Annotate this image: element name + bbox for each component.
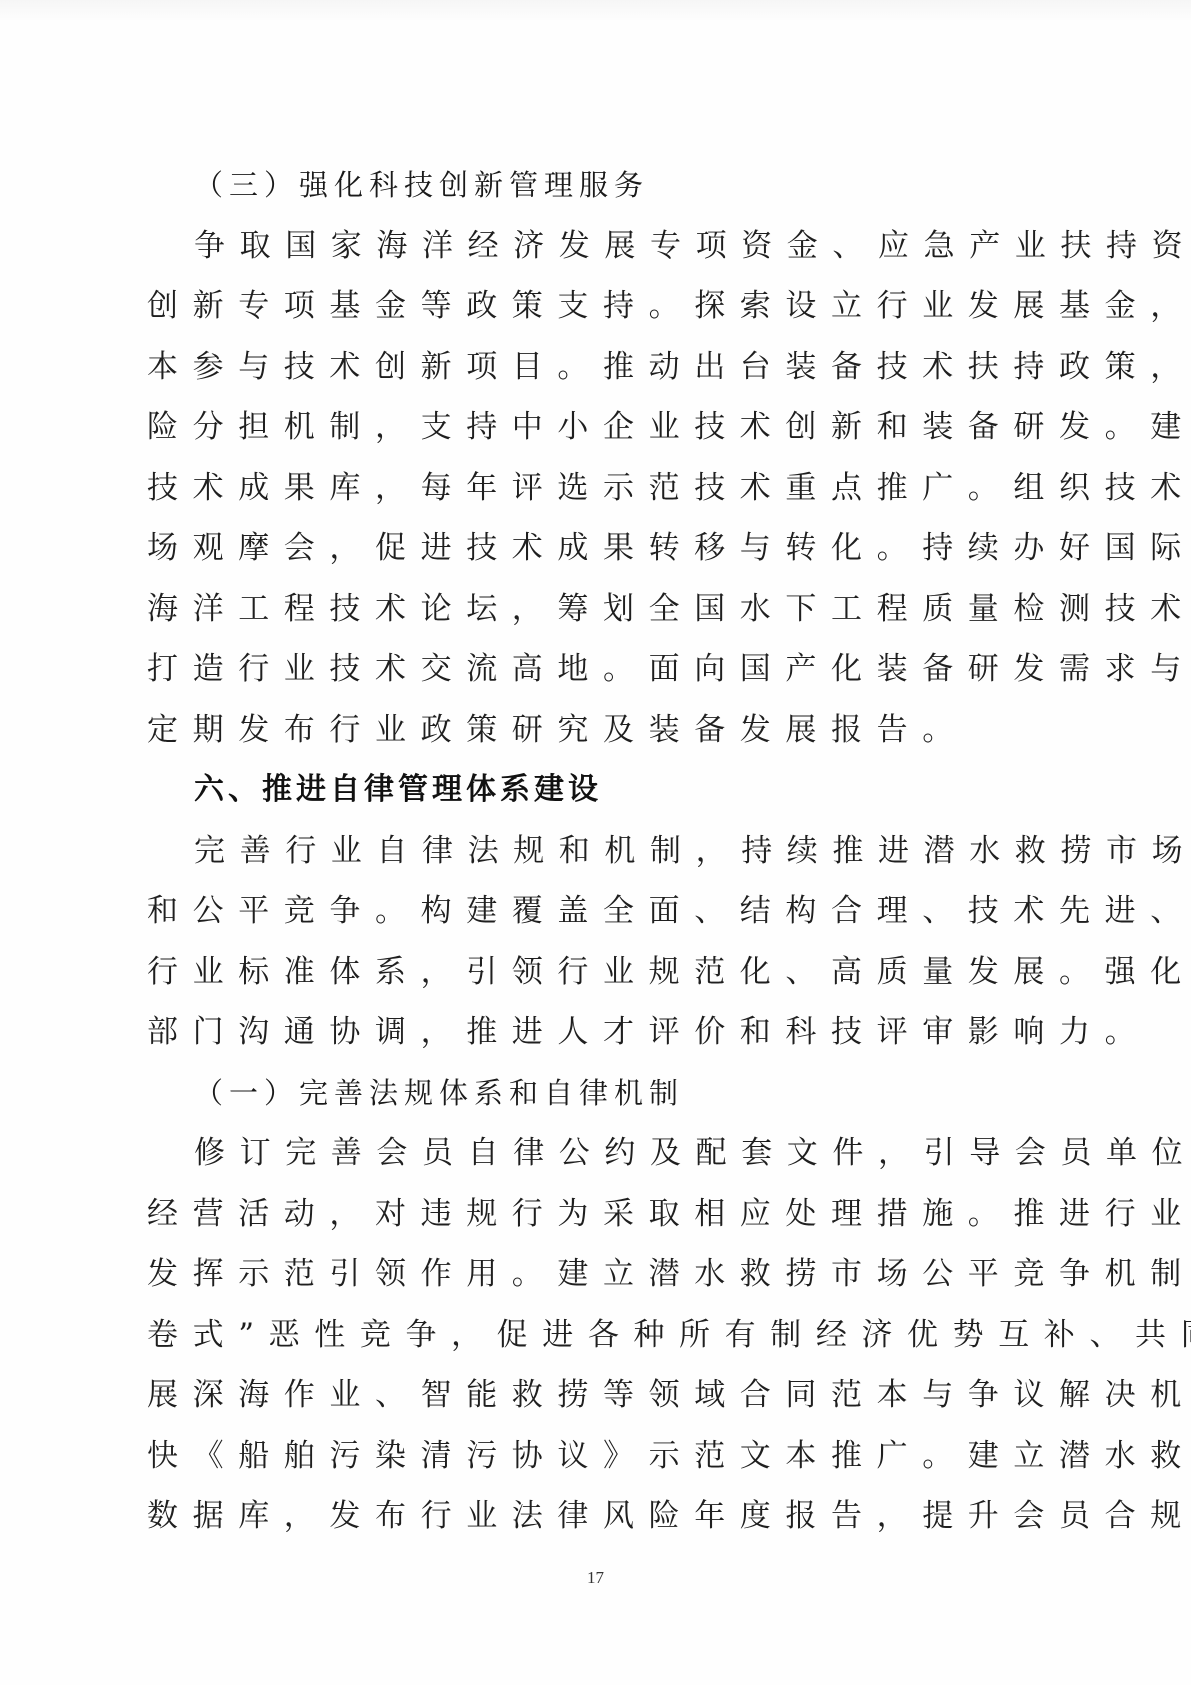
paragraph-line: 打造行业技术交流高地。面向国产化装备研发需求与应用推广， — [147, 639, 1057, 700]
paragraph-line: 展深海作业、智能救捞等领域合同范本与争议解决机制研究，加 — [147, 1365, 1057, 1426]
page-number: 17 — [0, 1568, 1191, 1588]
scan-bleed-through — [0, 0, 1191, 22]
paragraph-line: 行业标准体系，引领行业规范化、高质量发展。强化与国家有关 — [147, 942, 1057, 1003]
paragraph-line: 修订完善会员自律公约及配套文件，引导会员单位依法开展 — [147, 1123, 1057, 1184]
paragraph-line: 完善行业自律法规和机制，持续推进潜水救捞市场依法竞争 — [147, 821, 1057, 882]
paragraph-line: 险分担机制，支持中小企业技术创新和装备研发。建立行业优秀 — [147, 397, 1057, 458]
paragraph-line: 部门沟通协调，推进人才评价和科技评审影响力。 — [147, 1002, 1057, 1063]
paragraph-line: 经营活动，对违规行为采取相应处理措施。推进行业诚信建设， — [147, 1184, 1057, 1245]
paragraph-line: 创新专项基金等政策支持。探索设立行业发展基金，吸引社会资 — [147, 276, 1057, 337]
paragraph-line: 本参与技术创新项目。推动出台装备技术扶持政策，建立创新风 — [147, 337, 1057, 398]
heading-self-regulation: 六、推进自律管理体系建设 — [147, 760, 1057, 821]
paragraph-legal-system: 修订完善会员自律公约及配套文件，引导会员单位依法开展 经营活动，对违规行为采取相… — [147, 1123, 1057, 1547]
paragraph-line: 争取国家海洋经济发展专项资金、应急产业扶持资金、科技 — [147, 216, 1057, 277]
paragraph-line: 快《船舶污染清污协议》示范文本推广。建立潜水救捞行业法律 — [147, 1426, 1057, 1487]
paragraph-line: 发挥示范引领作用。建立潜水救捞市场公平竞争机制，防止“内 — [147, 1244, 1057, 1305]
paragraph-line: 场观摩会，促进技术成果转移与转化。持续办好国际潜水救捞与 — [147, 518, 1057, 579]
paragraph-line: 技术成果库，每年评选示范技术重点推广。组织技术对接会、现 — [147, 458, 1057, 519]
paragraph-line: 和公平竞争。构建覆盖全面、结构合理、技术先进、协调配套的 — [147, 881, 1057, 942]
paragraph-line: 海洋工程技术论坛，筹划全国水下工程质量检测技术装备分论坛， — [147, 579, 1057, 640]
paragraph-line: 数据库，发布行业法律风险年度报告，提升会员合规意识。 — [147, 1486, 1057, 1547]
paragraph-line: 卷式”恶性竞争，促进各种所有制经济优势互补、共同发展。开 — [147, 1305, 1057, 1366]
page-content: （三）强化科技创新管理服务 争取国家海洋经济发展专项资金、应急产业扶持资金、科技… — [147, 155, 1057, 1547]
document-page: （三）强化科技创新管理服务 争取国家海洋经济发展专项资金、应急产业扶持资金、科技… — [0, 0, 1191, 1685]
subheading-tech-innovation: （三）强化科技创新管理服务 — [147, 155, 1057, 216]
paragraph-self-regulation: 完善行业自律法规和机制，持续推进潜水救捞市场依法竞争 和公平竞争。构建覆盖全面、… — [147, 821, 1057, 1063]
paragraph-tech-innovation: 争取国家海洋经济发展专项资金、应急产业扶持资金、科技 创新专项基金等政策支持。探… — [147, 216, 1057, 761]
subheading-legal-system: （一）完善法规体系和自律机制 — [147, 1063, 1057, 1124]
paragraph-line: 定期发布行业政策研究及装备发展报告。 — [147, 700, 1057, 761]
